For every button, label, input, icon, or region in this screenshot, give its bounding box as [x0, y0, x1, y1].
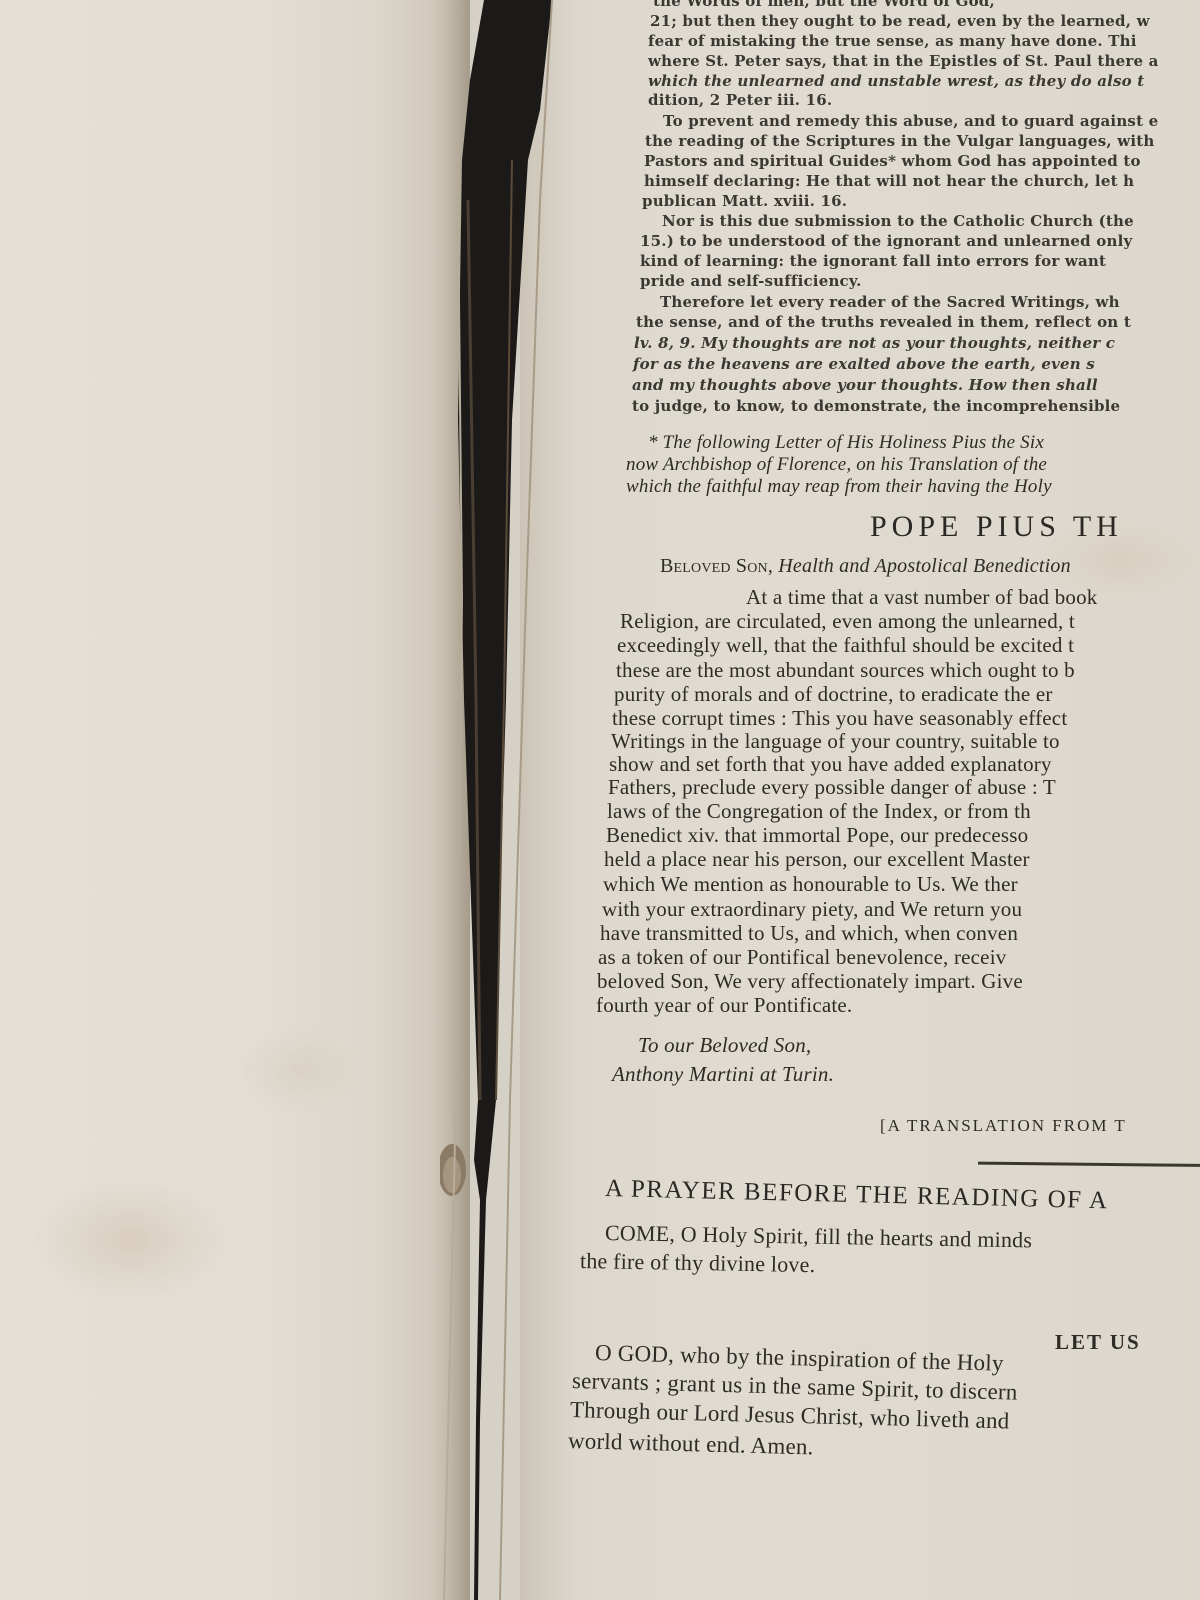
letter-line: Fathers, preclude every possible danger …	[608, 775, 1056, 800]
intro-line: Pastors and spiritual Guides* whom God h…	[644, 152, 1141, 170]
intro-line: where St. Peter says, that in the Epistl…	[648, 52, 1159, 70]
salutation-prefix: Beloved Son,	[660, 555, 773, 577]
letter-heading: POPE PIUS TH	[870, 510, 1123, 544]
prayer-line: COME, O Holy Spirit, fill the hearts and…	[605, 1220, 1033, 1253]
letter-line: with your extraordinary piety, and We re…	[602, 897, 1022, 922]
letter-line: Benedict xiv. that immortal Pope, our pr…	[606, 823, 1028, 848]
intro-line: 15.) to be understood of the ignorant an…	[640, 232, 1132, 250]
page-text: the Words of men, but the Word of God, 2…	[520, 0, 1200, 1600]
salutation-rest: Health and Apostolical Benediction	[778, 555, 1071, 577]
letter-line: which We mention as honourable to Us. We…	[603, 872, 1018, 897]
letter-line: At a time that a vast number of bad book	[746, 585, 1098, 610]
footnote-line: * The following Letter of His Holiness P…	[648, 432, 1044, 454]
intro-line: kind of learning: the ignorant fall into…	[640, 252, 1106, 270]
intro-line: pride and self-sufficiency.	[640, 272, 862, 290]
letter-line: laws of the Congregation of the Index, o…	[607, 799, 1031, 824]
letter-line: held a place near his person, our excell…	[604, 847, 1030, 872]
intro-line: publican Matt. xviii. 16.	[642, 192, 847, 210]
letter-line: as a token of our Pontifical benevolence…	[598, 945, 1006, 970]
footnote-line: now Archbishop of Florence, on his Trans…	[626, 454, 1047, 476]
intro-line: Therefore let every reader of the Sacred…	[660, 293, 1120, 311]
intro-line: the sense, and of the truths revealed in…	[636, 313, 1131, 331]
intro-line: the reading of the Scriptures in the Vul…	[645, 132, 1155, 150]
prayer-heading: A PRAYER BEFORE THE READING OF A	[605, 1175, 1109, 1215]
letter-line: these corrupt times : This you have seas…	[612, 706, 1067, 731]
address-line: Anthony Martini at Turin.	[612, 1062, 834, 1087]
letter-line: have transmitted to Us, and which, when …	[600, 921, 1018, 946]
letter-line: these are the most abundant sources whic…	[616, 658, 1075, 683]
letter-line: fourth year of our Pontificate.	[596, 993, 852, 1018]
letter-line: show and set forth that you have added e…	[609, 752, 1052, 777]
letter-line: Writings in the language of your country…	[611, 729, 1060, 754]
intro-line: 21; but then they ought to be read, even…	[650, 12, 1150, 30]
intro-line: himself declaring: He that will not hear…	[644, 172, 1134, 190]
intro-line: the Words of men, but the Word of God,	[653, 0, 995, 10]
right-printed-page: the Words of men, but the Word of God, 2…	[520, 0, 1200, 1600]
let-us-label: LET US	[1055, 1330, 1141, 1355]
address-line: To our Beloved Son,	[638, 1033, 811, 1058]
intro-line: lv. 8, 9. My thoughts are not as your th…	[634, 334, 1115, 352]
intro-line: To prevent and remedy this abuse, and to…	[663, 112, 1158, 130]
book-spine-gutter	[440, 0, 560, 1600]
translation-note: [A TRANSLATION FROM T	[880, 1116, 1127, 1136]
intro-line: fear of mistaking the true sense, as man…	[648, 32, 1137, 50]
collect-line: world without end. Amen.	[568, 1428, 814, 1460]
letter-line: beloved Son, We very affectionately impa…	[597, 969, 1023, 994]
section-divider-rule	[978, 1162, 1200, 1168]
spine-crack-icon	[440, 0, 560, 1600]
intro-line: Nor is this due submission to the Cathol…	[662, 212, 1134, 230]
intro-line: to judge, to know, to demonstrate, the i…	[632, 397, 1120, 415]
intro-line: and my thoughts above your thoughts. How…	[632, 376, 1098, 394]
open-book-photo: the Words of men, but the Word of God, 2…	[0, 0, 1200, 1600]
intro-line: which the unlearned and unstable wrest, …	[648, 72, 1144, 90]
intro-line: dition, 2 Peter iii. 16.	[648, 91, 832, 109]
prayer-line: the fire of thy divine love.	[580, 1248, 816, 1278]
intro-line: for as the heavens are exalted above the…	[633, 355, 1095, 373]
left-blank-page	[0, 0, 470, 1600]
footnote-line: which the faithful may reap from their h…	[626, 476, 1052, 498]
letter-line: exceedingly well, that the faithful shou…	[617, 633, 1074, 658]
salutation: Beloved Son, Health and Apostolical Bene…	[660, 555, 1071, 578]
letter-line: purity of morals and of doctrine, to era…	[614, 682, 1053, 707]
letter-line: Religion, are circulated, even among the…	[620, 609, 1075, 634]
